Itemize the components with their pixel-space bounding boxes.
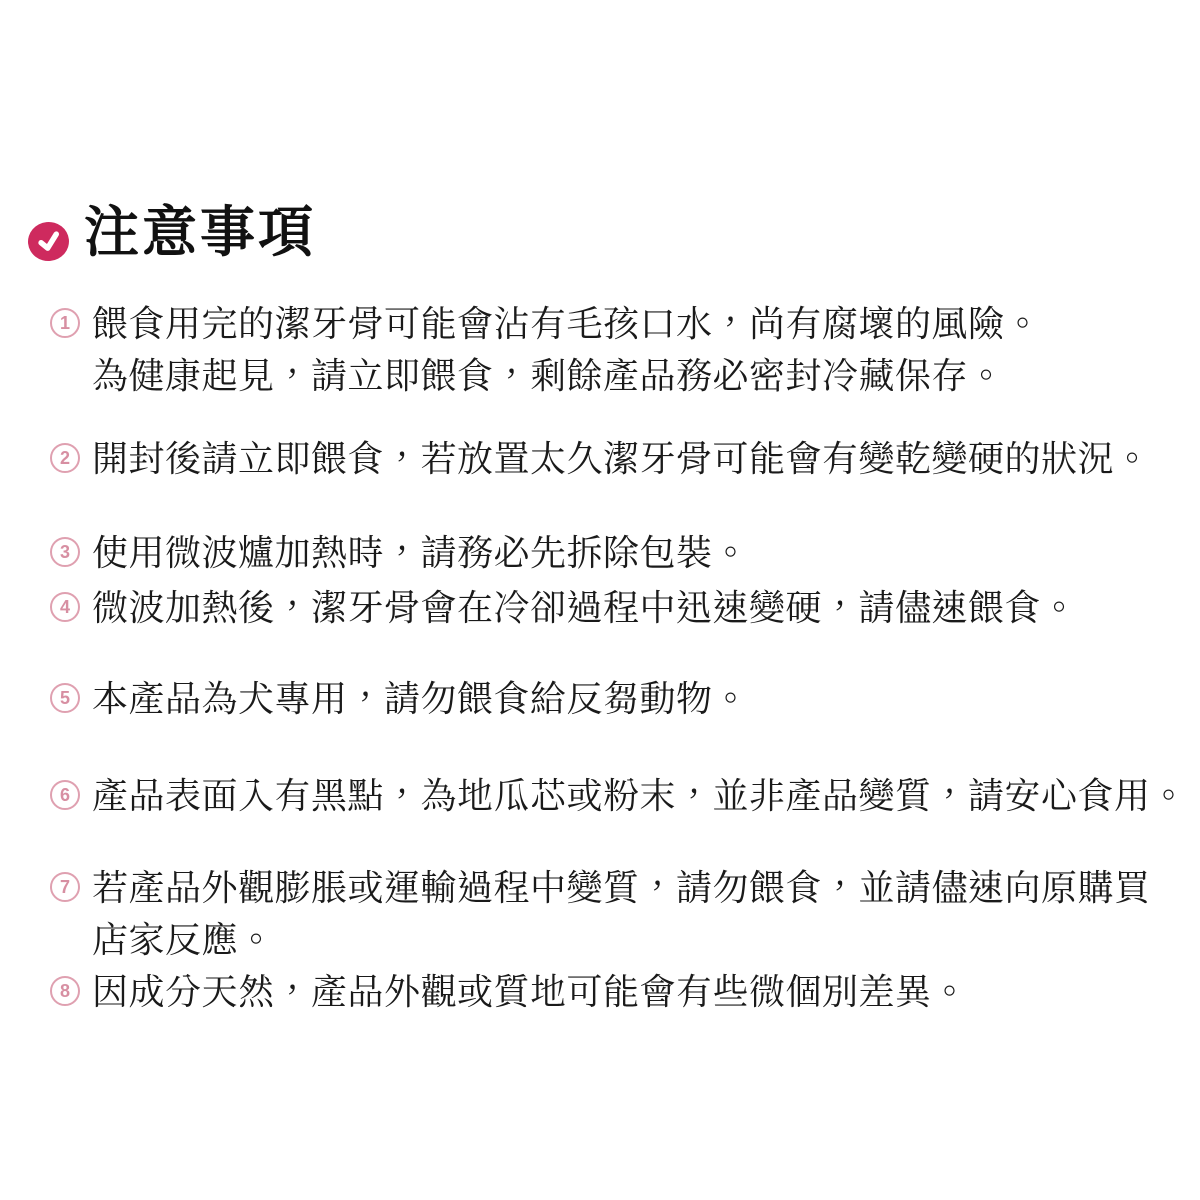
note-text-6: 產品表面入有黑點，為地瓜芯或粉末，並非產品變質，請安心食用。 [92,770,1187,822]
note-text-7: 若產品外觀膨脹或運輸過程中變質，請勿餵食，並請儘速向原購買 店家反應。 [92,862,1151,966]
note-text-8: 因成分天然，產品外觀或質地可能會有些微個別差異。 [92,966,968,1018]
note-text-4: 微波加熱後，潔牙骨會在冷卻過程中迅速變硬，請儘速餵食。 [92,582,1078,634]
note-item-4: 4 微波加熱後，潔牙骨會在冷卻過程中迅速變硬，請儘速餵食。 [50,582,1182,634]
circled-number-7: 7 [50,872,80,902]
circled-number-4: 4 [50,592,80,622]
circled-number-8: 8 [50,976,80,1006]
note-line: 微波加熱後，潔牙骨會在冷卻過程中迅速變硬，請儘速餵食。 [92,582,1078,634]
note-line: 為健康起見，請立即餵食，剩餘產品務必密封冷藏保存。 [92,350,1041,402]
note-item-8: 8 因成分天然，產品外觀或質地可能會有些微個別差異。 [50,966,1182,1018]
section-header: 注意事項 [28,200,1182,264]
note-item-1: 1 餵食用完的潔牙骨可能會沾有毛孩口水，尚有腐壞的風險。 為健康起見，請立即餵食… [50,298,1182,402]
circled-number-3: 3 [50,537,80,567]
notice-page: 注意事項 1 餵食用完的潔牙骨可能會沾有毛孩口水，尚有腐壞的風險。 為健康起見，… [0,0,1200,1200]
note-text-2: 開封後請立即餵食，若放置太久潔牙骨可能會有變乾變硬的狀況。 [92,433,1151,485]
circled-number-6: 6 [50,780,80,810]
note-line: 店家反應。 [92,914,1151,966]
note-item-5: 5 本產品為犬專用，請勿餵食給反芻動物。 [50,673,1182,725]
note-item-7: 7 若產品外觀膨脹或運輸過程中變質，請勿餵食，並請儘速向原購買 店家反應。 [50,862,1182,966]
note-line: 餵食用完的潔牙骨可能會沾有毛孩口水，尚有腐壞的風險。 [92,298,1041,350]
notes-list: 1 餵食用完的潔牙骨可能會沾有毛孩口水，尚有腐壞的風險。 為健康起見，請立即餵食… [28,298,1182,1018]
check-circle-icon [26,219,71,262]
note-item-3: 3 使用微波爐加熱時，請務必先拆除包裝。 [50,527,1182,579]
note-line: 使用微波爐加熱時，請務必先拆除包裝。 [92,527,749,579]
note-line: 開封後請立即餵食，若放置太久潔牙骨可能會有變乾變硬的狀況。 [92,433,1151,485]
circled-number-5: 5 [50,683,80,713]
note-line: 產品表面入有黑點，為地瓜芯或粉末，並非產品變質，請安心食用。 [92,770,1187,822]
note-line: 本產品為犬專用，請勿餵食給反芻動物。 [92,673,749,725]
note-line: 若產品外觀膨脹或運輸過程中變質，請勿餵食，並請儘速向原購買 [92,862,1151,914]
note-line: 因成分天然，產品外觀或質地可能會有些微個別差異。 [92,966,968,1018]
note-text-5: 本產品為犬專用，請勿餵食給反芻動物。 [92,673,749,725]
circled-number-1: 1 [50,308,80,338]
section-title: 注意事項 [84,201,316,263]
circled-number-2: 2 [50,443,80,473]
note-text-1: 餵食用完的潔牙骨可能會沾有毛孩口水，尚有腐壞的風險。 為健康起見，請立即餵食，剩… [92,298,1041,402]
note-item-2: 2 開封後請立即餵食，若放置太久潔牙骨可能會有變乾變硬的狀況。 [50,433,1182,485]
note-text-3: 使用微波爐加熱時，請務必先拆除包裝。 [92,527,749,579]
note-item-6: 6 產品表面入有黑點，為地瓜芯或粉末，並非產品變質，請安心食用。 [50,770,1182,822]
